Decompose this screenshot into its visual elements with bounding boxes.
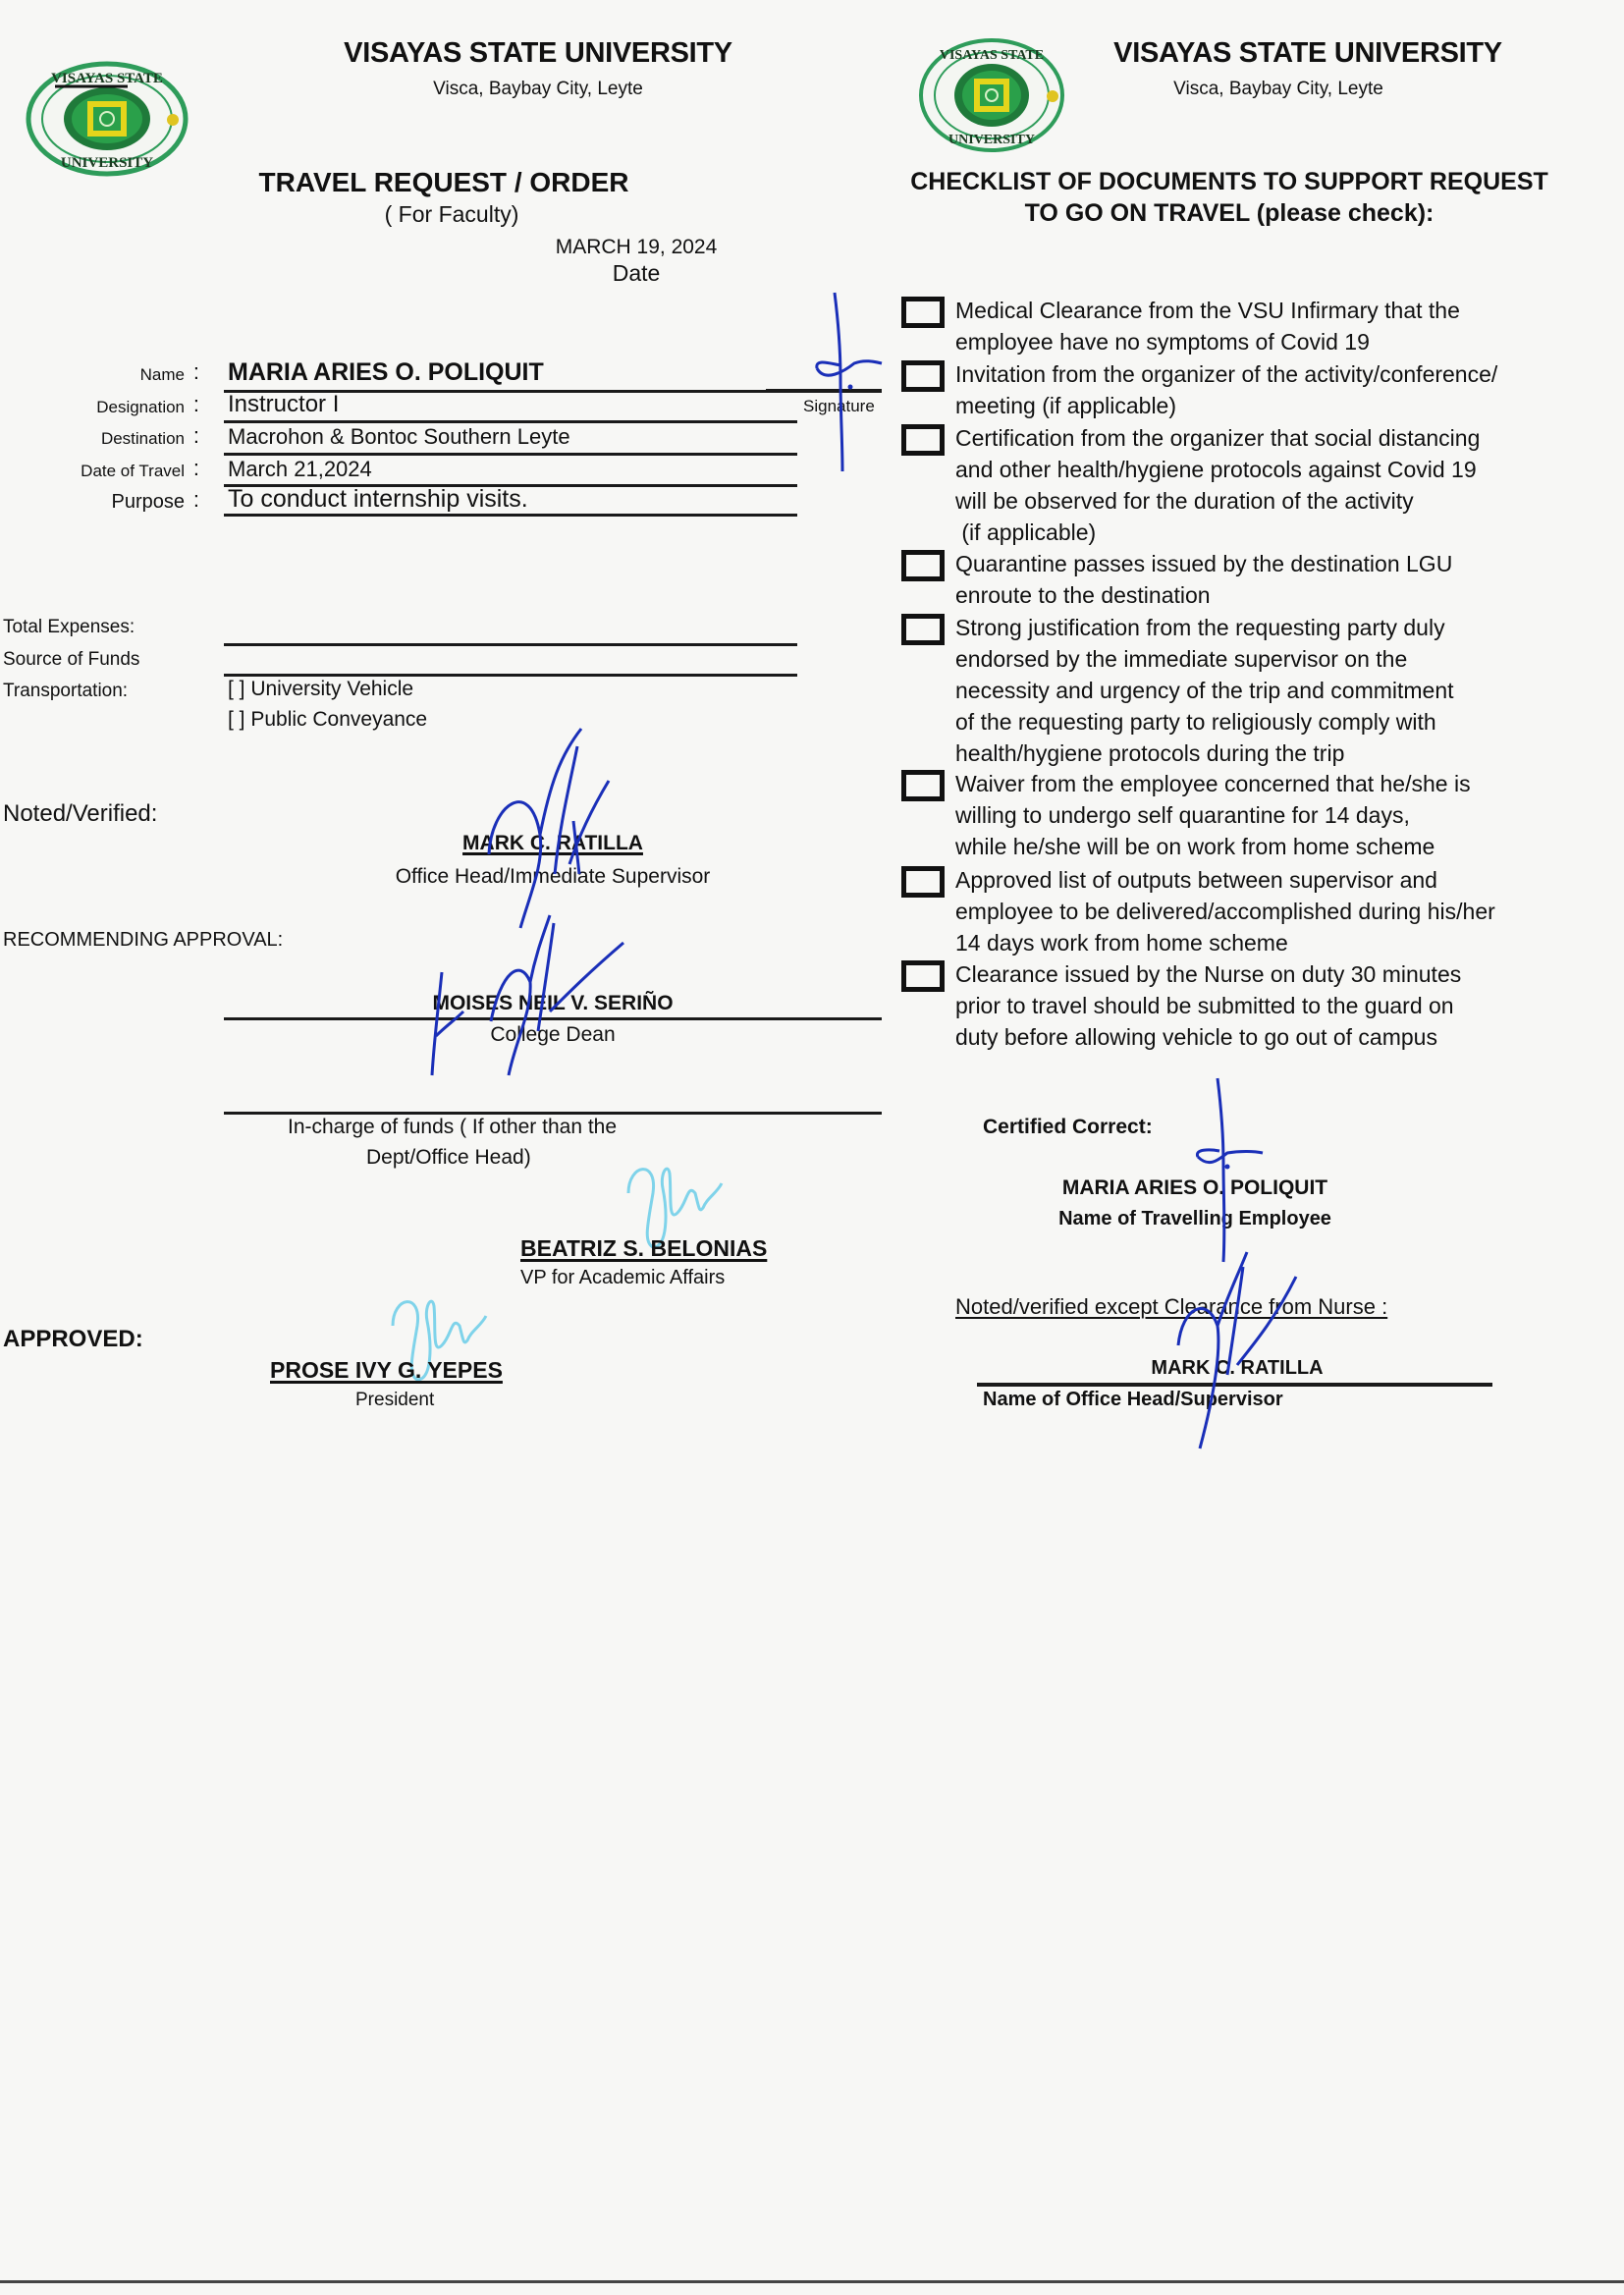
- colon: :: [193, 487, 199, 513]
- svg-text:VISAYAS STATE: VISAYAS STATE: [51, 71, 163, 86]
- purpose-field[interactable]: To conduct internship visits.: [228, 485, 528, 514]
- in-charge-funds-label-2: Dept/Office Head): [366, 1146, 531, 1170]
- colon: :: [193, 423, 199, 449]
- checklist-item-text: duty before allowing vehicle to go out o…: [955, 1021, 1437, 1053]
- checklist-checkbox[interactable]: [901, 550, 945, 581]
- request-date: MARCH 19, 2024: [556, 236, 718, 259]
- checklist-item-text: necessity and urgency of the trip and co…: [955, 675, 1454, 706]
- designation-field[interactable]: Instructor I: [228, 391, 339, 418]
- purpose-label: Purpose: [112, 491, 186, 514]
- checklist-item-text: Medical Clearance from the VSU Infirmary…: [955, 295, 1460, 326]
- colon: :: [193, 456, 199, 481]
- purpose-underline: [224, 514, 797, 517]
- transport-option-university-vehicle[interactable]: [ ] University Vehicle: [228, 678, 413, 701]
- employee-name: MARIA ARIES O. POLIQUIT: [1062, 1176, 1327, 1200]
- supervisor-signature: [1168, 1247, 1316, 1453]
- checklist-item-text: will be observed for the duration of the…: [955, 485, 1414, 517]
- in-charge-funds-line: [224, 1112, 882, 1115]
- signature-line: [766, 389, 882, 392]
- university-name: VISAYAS STATE UNIVERSITY: [1113, 37, 1502, 70]
- employee-signature: [1159, 1070, 1286, 1267]
- checklist-item-text: employee to be delivered/accomplished du…: [955, 896, 1495, 927]
- president-title: President: [355, 1390, 434, 1411]
- transport-option-public-conveyance[interactable]: [ ] Public Conveyance: [228, 708, 427, 732]
- employee-signature: [795, 285, 893, 481]
- checklist-item-text: of the requesting party to religiously c…: [955, 706, 1436, 738]
- checklist-item-text: while he/she will be on work from home s…: [955, 831, 1435, 862]
- svg-text:UNIVERSITY: UNIVERSITY: [948, 133, 1035, 147]
- noted-by-title: Office Head/Immediate Supervisor: [396, 865, 711, 889]
- source-of-funds-underline: [224, 674, 797, 677]
- checklist-item-text: endorsed by the immediate supervisor on …: [955, 643, 1407, 675]
- recommending-approval-label: RECOMMENDING APPROVAL:: [3, 929, 283, 952]
- supervisor-name: MARK C. RATILLA: [1151, 1357, 1323, 1380]
- checklist-item-text: Invitation from the organizer of the act…: [955, 358, 1497, 390]
- university-name: VISAYAS STATE UNIVERSITY: [344, 37, 732, 70]
- svg-text:UNIVERSITY: UNIVERSITY: [61, 155, 153, 171]
- svg-text:VISAYAS STATE: VISAYAS STATE: [940, 48, 1044, 63]
- form-subtitle: ( For Faculty): [385, 201, 519, 228]
- checklist-item-text: 14 days work from home scheme: [955, 927, 1288, 958]
- checklist-item-text: willing to undergo self quarantine for 1…: [955, 799, 1410, 831]
- page-bottom-edge: [0, 2280, 1624, 2283]
- approved-label: APPROVED:: [3, 1326, 143, 1353]
- checklist-item-text: Approved list of outputs between supervi…: [955, 864, 1437, 896]
- date-of-travel-label: Date of Travel: [81, 462, 185, 481]
- checklist-checkbox[interactable]: [901, 770, 945, 801]
- checklist-title-2: TO GO ON TRAVEL (please check):: [1025, 199, 1435, 228]
- supervisor-signature: [471, 727, 638, 933]
- university-address: Visca, Baybay City, Leyte: [433, 79, 643, 100]
- checklist-item-text: (if applicable): [955, 517, 1096, 548]
- checklist-checkbox[interactable]: [901, 866, 945, 898]
- checklist-item-text: Certification from the organizer that so…: [955, 422, 1480, 454]
- transportation-label: Transportation:: [3, 681, 128, 702]
- colon: :: [193, 392, 199, 417]
- checklist-checkbox[interactable]: [901, 614, 945, 645]
- noted-by-name: MARK C. RATILLA: [462, 832, 643, 855]
- recommending-name: MOISES NEIL V. SERIÑO: [432, 992, 673, 1015]
- employee-caption: Name of Travelling Employee: [1058, 1208, 1331, 1230]
- checklist-title-1: CHECKLIST OF DOCUMENTS TO SUPPORT REQUES…: [910, 168, 1548, 196]
- vp-name: BEATRIZ S. BELONIAS: [520, 1235, 767, 1262]
- form-title: TRAVEL REQUEST / ORDER: [258, 167, 628, 198]
- president-name: PROSE IVY G. YEPES: [270, 1357, 503, 1384]
- university-address: Visca, Baybay City, Leyte: [1173, 79, 1383, 100]
- checklist-item-text: Clearance issued by the Nurse on duty 30…: [955, 958, 1461, 990]
- noted-except-label: Noted/verified except Clearance from Nur…: [955, 1294, 1387, 1320]
- name-field[interactable]: MARIA ARIES O. POLIQUIT: [228, 358, 544, 387]
- university-seal-icon: VISAYAS STATE UNIVERSITY: [918, 37, 1065, 153]
- supervisor-caption: Name of Office Head/Supervisor: [983, 1389, 1283, 1411]
- checklist-checkbox[interactable]: [901, 424, 945, 456]
- in-charge-funds-label-1: In-charge of funds ( If other than the: [288, 1116, 617, 1139]
- checklist-item-text: Quarantine passes issued by the destinat…: [955, 548, 1452, 579]
- checklist-item-text: enroute to the destination: [955, 579, 1211, 611]
- recommending-title: College Dean: [490, 1023, 615, 1047]
- checklist-item-text: health/hygiene protocols during the trip: [955, 738, 1344, 769]
- designation-underline: [224, 420, 797, 423]
- total-expenses-underline: [224, 643, 797, 646]
- checklist-checkbox[interactable]: [901, 297, 945, 328]
- vp-title: VP for Academic Affairs: [520, 1267, 725, 1289]
- destination-field[interactable]: Macrohon & Bontoc Southern Leyte: [228, 424, 570, 450]
- date-of-travel-field[interactable]: March 21,2024: [228, 457, 372, 482]
- source-of-funds-label: Source of Funds: [3, 649, 139, 671]
- supervisor-line: [977, 1383, 1492, 1387]
- signature-label: Signature: [803, 397, 875, 416]
- recommending-underline: [224, 1017, 882, 1020]
- university-seal-icon: VISAYAS STATE UNIVERSITY: [26, 61, 189, 177]
- name-label: Name: [140, 365, 185, 385]
- checklist-item-text: and other health/hygiene protocols again…: [955, 454, 1477, 485]
- checklist-checkbox[interactable]: [901, 960, 945, 992]
- designation-label: Designation: [96, 398, 185, 417]
- checklist-item-text: prior to travel should be submitted to t…: [955, 990, 1454, 1021]
- noted-verified-label: Noted/Verified:: [3, 800, 157, 828]
- destination-underline: [224, 453, 797, 456]
- checklist-item-text: Strong justification from the requesting…: [955, 612, 1445, 643]
- checklist-checkbox[interactable]: [901, 360, 945, 392]
- date-label: Date: [613, 260, 661, 287]
- checklist-item-text: meeting (if applicable): [955, 390, 1176, 421]
- total-expenses-label: Total Expenses:: [3, 617, 135, 638]
- destination-label: Destination: [101, 429, 185, 449]
- certified-correct-label: Certified Correct:: [983, 1116, 1153, 1139]
- checklist-item-text: Waiver from the employee concerned that …: [955, 768, 1471, 799]
- checklist-item-text: employee have no symptoms of Covid 19: [955, 326, 1370, 357]
- colon: :: [193, 359, 199, 385]
